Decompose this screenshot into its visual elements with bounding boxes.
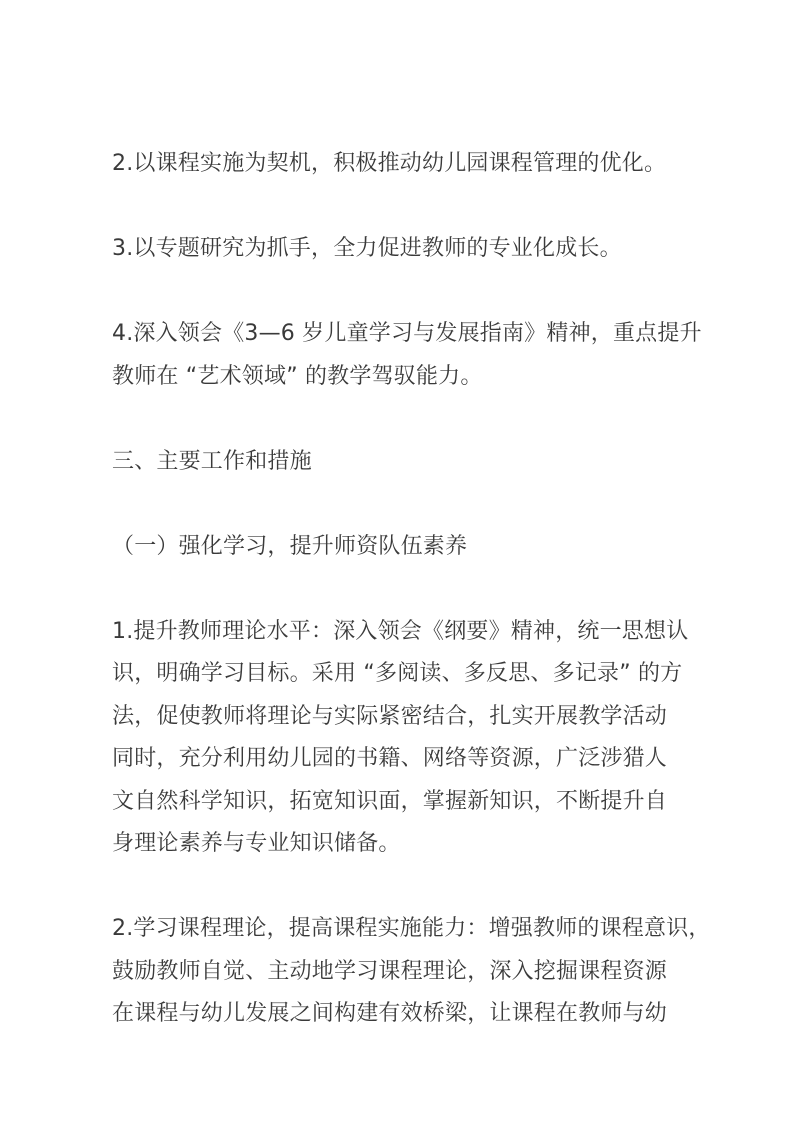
text-line: 3.以专题研究为抓手，全力促进教师的专业化成长。: [112, 228, 713, 271]
document-page: 2.以课程实施为契机，积极推动幼儿园课程管理的优化。3.以专题研究为抓手，全力促…: [0, 0, 793, 1122]
text-line: 教师在 “艺术领域” 的教学驾驭能力。: [112, 356, 713, 399]
text-line: 4.深入领会《3—6 岁儿童学习与发展指南》精神，重点提升: [112, 313, 713, 356]
text-line: 鼓励教师自觉、主动地学习课程理论，深入挖掘课程资源: [112, 951, 713, 994]
text-line: 2.学习课程理论，提高课程实施能力：增强教师的课程意识，: [112, 908, 713, 951]
document-body: 2.以课程实施为契机，积极推动幼儿园课程管理的优化。3.以专题研究为抓手，全力促…: [0, 0, 793, 1036]
text-line: 文自然科学知识，拓宽知识面，掌握新知识，不断提升自: [112, 781, 713, 824]
section-heading: 三、主要工作和措施: [112, 441, 713, 484]
text-line: 身理论素养与专业知识储备。: [112, 823, 713, 866]
text-line: 在课程与幼儿发展之间构建有效桥梁，让课程在教师与幼: [112, 993, 713, 1036]
subsection-heading: （一）强化学习，提升师资队伍素养: [112, 526, 713, 569]
body-paragraph-1: 1.提升教师理论水平：深入领会《纲要》精神，统一思想认识，明确学习目标。采用 “…: [112, 611, 713, 866]
text-line: 2.以课程实施为契机，积极推动幼儿园课程管理的优化。: [112, 143, 713, 186]
text-line: （一）强化学习，提升师资队伍素养: [112, 526, 713, 569]
text-line: 同时，充分利用幼儿园的书籍、网络等资源，广泛涉猎人: [112, 738, 713, 781]
text-line: 1.提升教师理论水平：深入领会《纲要》精神，统一思想认: [112, 611, 713, 654]
text-line: 法，促使教师将理论与实际紧密结合，扎实开展教学活动: [112, 696, 713, 739]
text-line: 三、主要工作和措施: [112, 441, 713, 484]
list-item-4: 4.深入领会《3—6 岁儿童学习与发展指南》精神，重点提升教师在 “艺术领域” …: [112, 313, 713, 398]
list-item-2: 2.以课程实施为契机，积极推动幼儿园课程管理的优化。: [112, 143, 713, 186]
text-line: 识，明确学习目标。采用 “多阅读、多反思、多记录” 的方: [112, 653, 713, 696]
list-item-3: 3.以专题研究为抓手，全力促进教师的专业化成长。: [112, 228, 713, 271]
body-paragraph-2: 2.学习课程理论，提高课程实施能力：增强教师的课程意识，鼓励教师自觉、主动地学习…: [112, 908, 713, 1036]
